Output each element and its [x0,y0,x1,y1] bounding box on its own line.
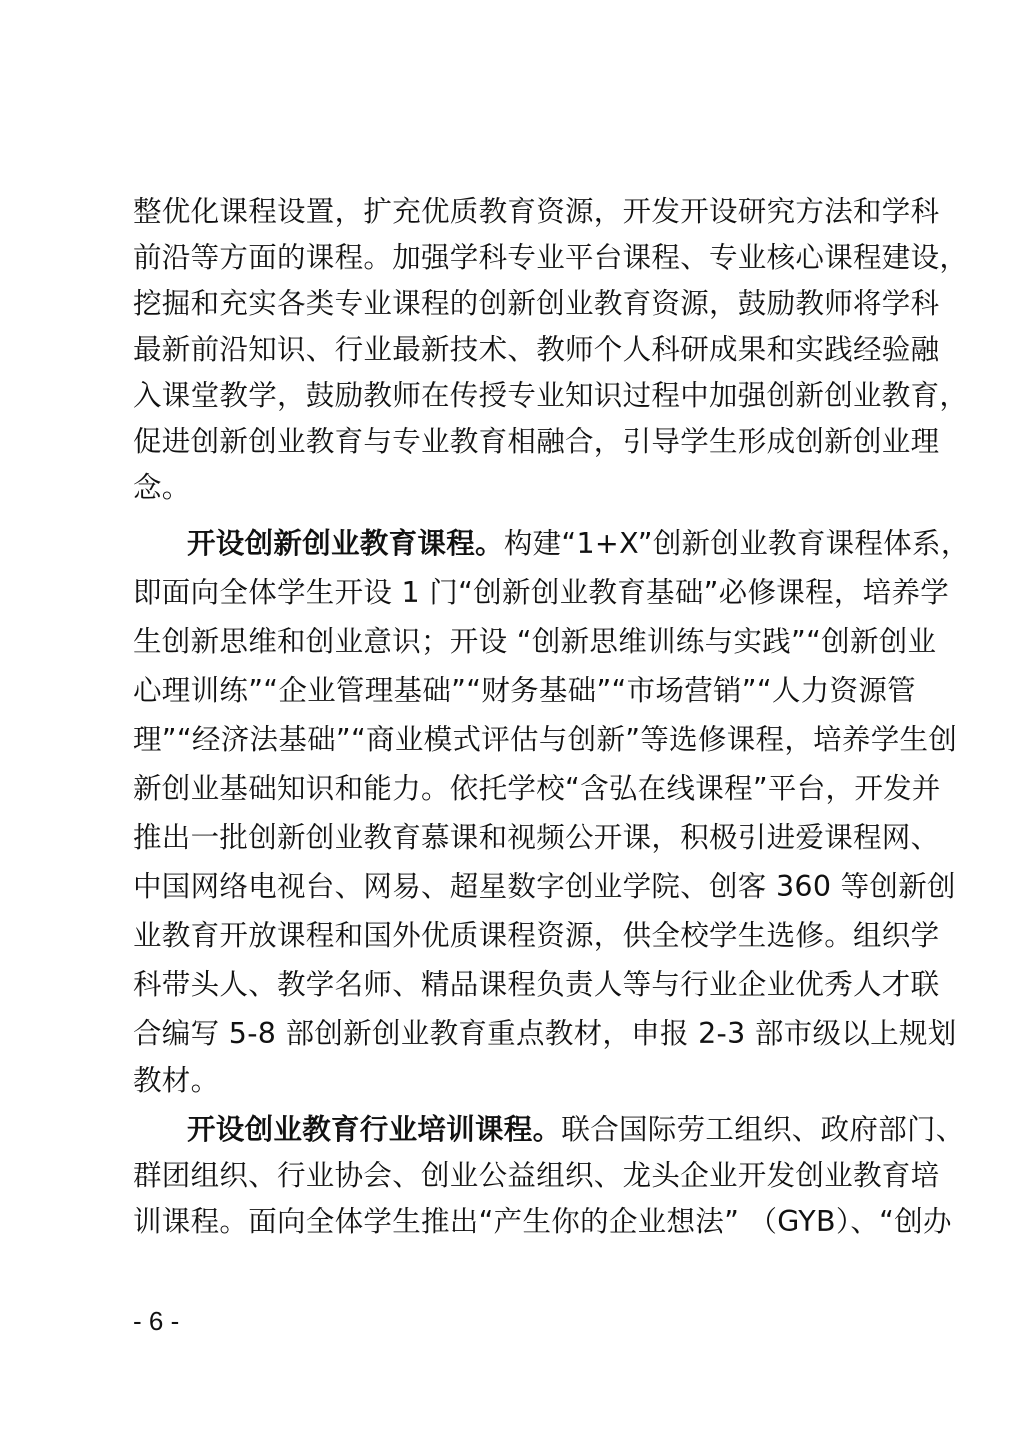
text-line: 群团组织、行业协会、创业公益组织、龙头企业开发创业教育培 [133,1153,895,1199]
text-line: 挖掘和充实各类专业课程的创新创业教育资源，鼓励教师将学科 [133,281,895,327]
text-line: 新创业基础知识和能力。依托学校“含弘在线课程”平台，开发并 [133,766,895,812]
text-line: 训课程。面向全体学生推出“产生你的企业想法” （GYB）、“创办 [133,1199,895,1245]
paragraph-text: 构建“1+X”创新创业教育课程体系， [504,527,970,560]
text-line: 整优化课程设置，扩充优质教育资源，开发开设研究方法和学科 [133,189,895,235]
text-line: 入课堂教学，鼓励教师在传授专业知识过程中加强创新创业教育， [133,373,895,419]
text-line: 心理训练”“企业管理基础”“财务基础”“市场营销”“人力资源管 [133,668,895,714]
paragraph-text: 联合国际劳工组织、政府部门、 [561,1113,964,1146]
text-line: 前沿等方面的课程。加强学科专业平台课程、专业核心课程建设， [133,235,895,281]
text-line: 推出一批创新创业教育慕课和视频公开课，积极引进爱课程网、 [133,815,895,861]
text-line: 即面向全体学生开设 1 门“创新创业教育基础”必修课程，培养学 [133,570,895,616]
page-number: - 6 - [133,1306,179,1337]
text-line: 教材。 [133,1058,895,1104]
paragraph-first-line: 开设创业教育行业培训课程。联合国际劳工组织、政府部门、 [187,1107,895,1153]
text-line: 促进创新创业教育与专业教育相融合，引导学生形成创新创业理 [133,419,895,465]
paragraph-heading: 开设创业教育行业培训课程。 [187,1113,561,1146]
text-line: 业教育开放课程和国外优质课程资源，供全校学生选修。组织学 [133,913,895,959]
text-line: 理”“经济法基础”“商业模式评估与创新”等选修课程，培养学生创 [133,717,895,763]
text-line: 念。 [133,465,895,511]
text-line: 最新前沿知识、行业最新技术、教师个人科研成果和实践经验融 [133,327,895,373]
paragraph-first-line: 开设创新创业教育课程。构建“1+X”创新创业教育课程体系， [187,521,895,567]
paragraph-heading: 开设创新创业教育课程。 [187,527,504,560]
text-line: 中国网络电视台、网易、超星数字创业学院、创客 360 等创新创 [133,864,895,910]
text-line: 科带头人、教学名师、精品课程负责人等与行业企业优秀人才联 [133,962,895,1008]
text-line: 合编写 5-8 部创新创业教育重点教材，申报 2-3 部市级以上规划 [133,1011,895,1057]
document-page: 整优化课程设置，扩充优质教育资源，开发开设研究方法和学科 前沿等方面的课程。加强… [0,0,1024,1447]
text-line: 生创新思维和创业意识；开设 “创新思维训练与实践”“创新创业 [133,619,895,665]
